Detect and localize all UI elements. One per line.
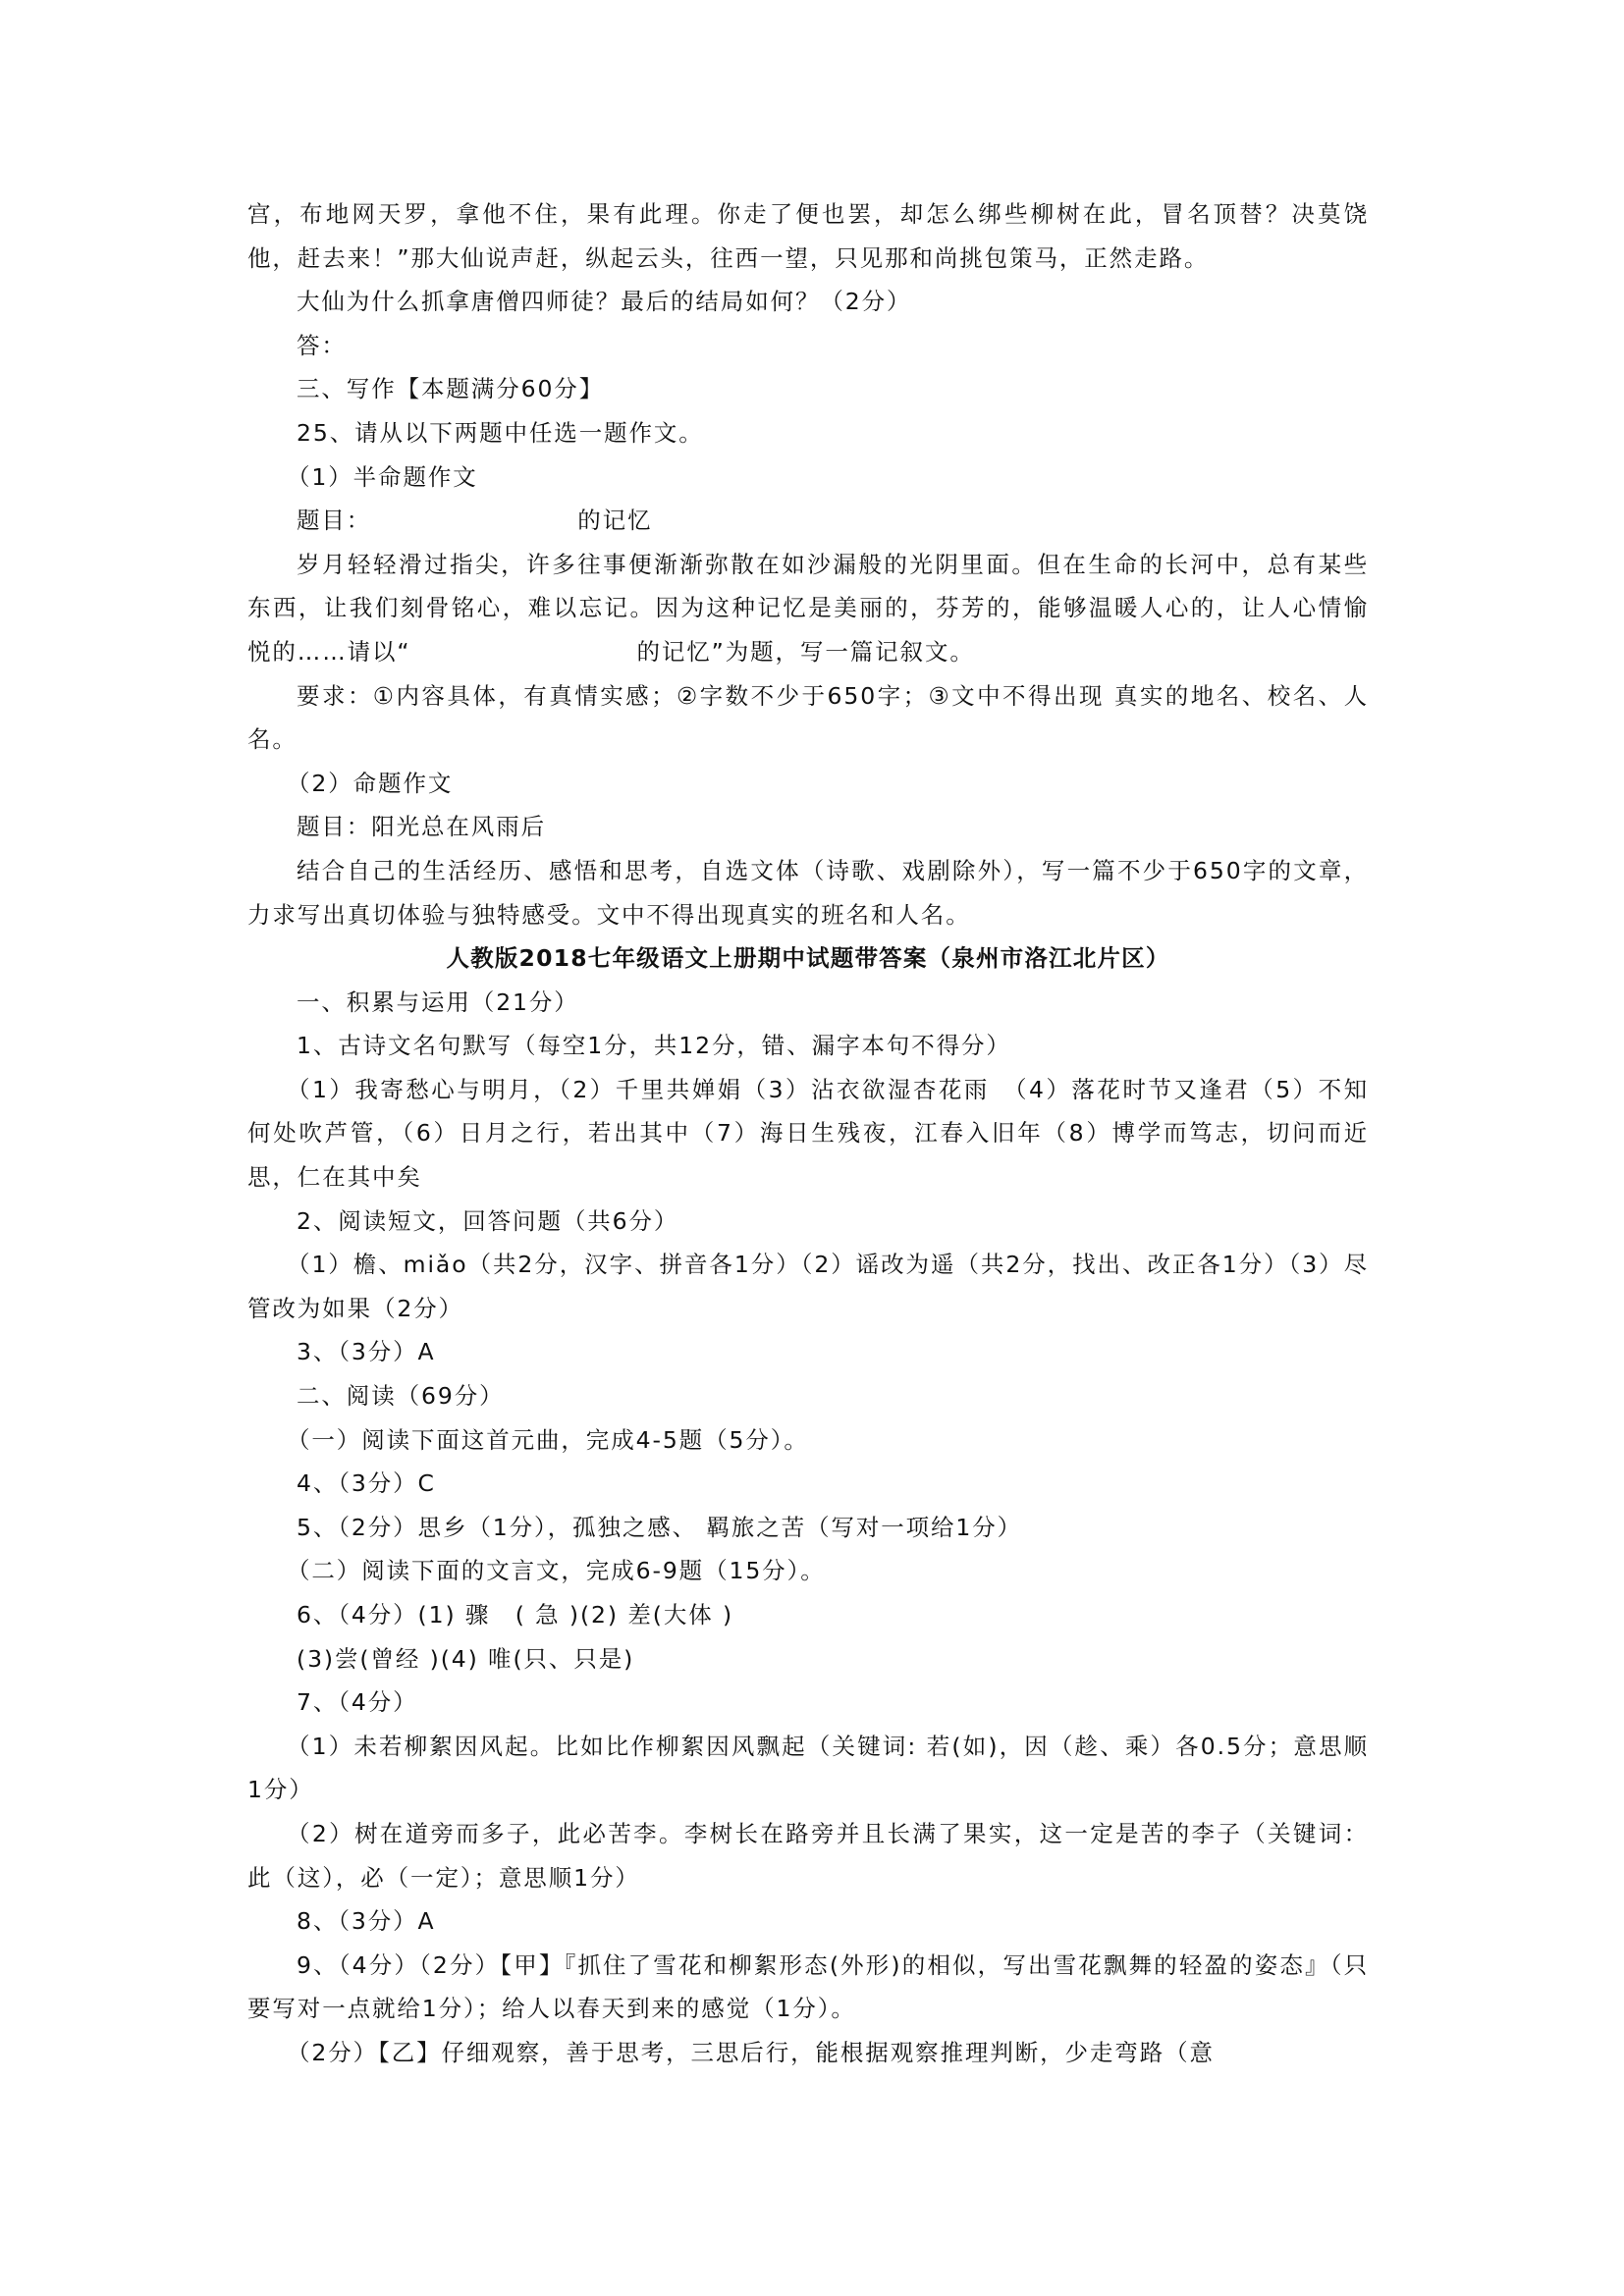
answer-4: 4、（3分）C (247, 1462, 1369, 1506)
answer-1-body: （1）我寄愁心与明月，（2）千里共婵娟（3）沾衣欲湿杏花雨 （4）落花时节又逢君… (247, 1068, 1369, 1200)
subsection-2-heading: （二）阅读下面的文言文，完成6-9题（15分）。 (247, 1549, 1369, 1593)
question-25: 25、请从以下两题中任选一题作文。 (247, 411, 1369, 455)
answer-7-heading: 7、（4分） (247, 1681, 1369, 1725)
answer-6-line1: 6、（4分）(1) 骤 ( 急 )(2) 差(大体 ) (247, 1593, 1369, 1637)
section-writing-heading: 三、写作【本题满分60分】 (247, 367, 1369, 411)
option1-prompt-part2: 的记忆”为题，写一篇记叙文。 (636, 638, 974, 666)
part2-heading: 二、阅读（69分） (247, 1374, 1369, 1418)
part1-heading: 一、积累与运用（21分） (247, 981, 1369, 1025)
subsection-1-heading: （一）阅读下面这首元曲，完成4-5题（5分）。 (247, 1418, 1369, 1463)
option1-heading: （1）半命题作文 (247, 455, 1369, 500)
answer-1-heading: 1、古诗文名句默写（每空1分，共12分，错、漏字本句不得分） (247, 1024, 1369, 1068)
option2-title: 题目：阳光总在风雨后 (247, 805, 1369, 849)
document-page: 宫，布地网天罗，拿他不住，果有此理。你走了便也罢，却怎么绑些柳树在此，冒名顶替？… (247, 192, 1369, 2075)
answer-label: 答： (247, 324, 1369, 368)
passage-continuation: 宫，布地网天罗，拿他不住，果有此理。你走了便也罢，却怎么绑些柳树在此，冒名顶替？… (247, 192, 1369, 280)
option1-title-prefix: 题目： (297, 507, 371, 534)
answer-5: 5、（2分）思乡（1分），孤独之感、 羁旅之苦（写对一项给1分） (247, 1506, 1369, 1550)
option2-prompt: 结合自己的生活经历、感悟和思考，自选文体（诗歌、戏剧除外），写一篇不少于650字… (247, 849, 1369, 936)
answer-2-heading: 2、阅读短文，回答问题（共6分） (247, 1200, 1369, 1244)
answer-7-part1: （1）未若柳絮因风起。比如比作柳絮因风飘起（关键词: 若(如)，因（趁、乘）各0… (247, 1725, 1369, 1812)
answer-9-part1: 9、（4分）（2分）【甲】『抓住了雪花和柳絮形态(外形)的相似，写出雪花飘舞的轻… (247, 1944, 1369, 2031)
answer-7-part2: （2）树在道旁而多子，此必苦李。李树长在路旁并且长满了果实，这一定是苦的李子（关… (247, 1812, 1369, 1899)
option1-title: 题目：的记忆 (247, 499, 1369, 543)
option1-requirements: 要求：①内容具体，有真情实感；②字数不少于650字；③文中不得出现 真实的地名、… (247, 674, 1369, 762)
answer-8: 8、（3分）A (247, 1899, 1369, 1944)
answer-2-body: （1）檐、miǎo（共2分，汉字、拼音各1分）（2）谣改为遥（共2分，找出、改正… (247, 1243, 1369, 1330)
answer-key-title: 人教版2018七年级语文上册期中试题带答案（泉州市洛江北片区） (247, 936, 1369, 981)
option1-title-suffix: 的记忆 (577, 507, 652, 534)
question-24: 大仙为什么抓拿唐僧四师徒？最后的结局如何？（2分） (247, 280, 1369, 324)
answer-3: 3、（3分）A (247, 1330, 1369, 1374)
option1-prompt: 岁月轻轻滑过指尖，许多往事便渐渐弥散在如沙漏般的光阴里面。但在生命的长河中，总有… (247, 543, 1369, 674)
answer-9-part2: （2分）【乙】仔细观察，善于思考，三思后行，能根据观察推理判断，少走弯路（意 (247, 2031, 1369, 2075)
option2-heading: （2）命题作文 (247, 762, 1369, 806)
answer-6-line2: (3)尝(曾经 )(4) 唯(只、只是) (247, 1637, 1369, 1682)
